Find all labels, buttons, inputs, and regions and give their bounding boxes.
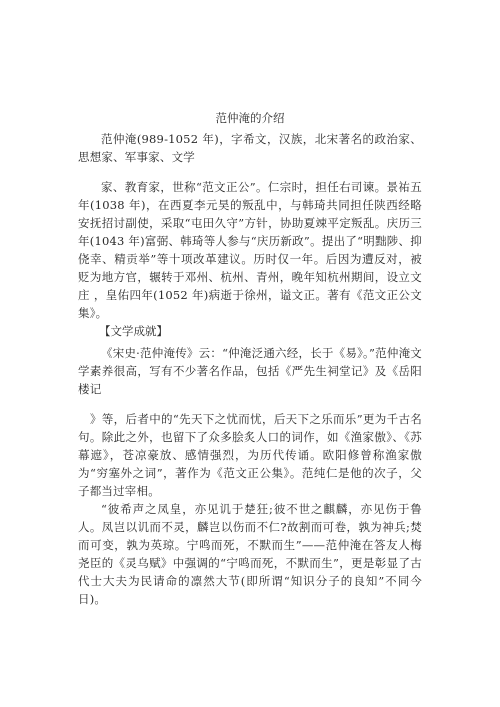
literary-paragraph-2: 》等，后者中的“先天下之忧而忧，后天下之乐而乐”更为千古名句。除此之外，也留下了… — [78, 410, 422, 500]
paragraph-gap — [78, 398, 422, 410]
intro-paragraph-1: 范仲淹(989-1052 年)，字希文，汉族，北宋著名的政治家、思想家、军事家、… — [78, 130, 422, 166]
document-page: 范仲淹的介绍 范仲淹(989-1052 年)，字希文，汉族，北宋著名的政治家、思… — [0, 0, 500, 707]
document-title: 范仲淹的介绍 — [78, 109, 422, 127]
intro-paragraph-2: 家、教育家，世称“范文正公”。仁宗时，担任右司谏。景祐五年(1038 年)，在西… — [78, 178, 422, 322]
document-body: 范仲淹的介绍 范仲淹(989-1052 年)，字希文，汉族，北宋著名的政治家、思… — [78, 109, 422, 608]
literary-paragraph-3: “彼希声之凤皇，亦见讥于楚狂;彼不世之麒麟，亦见伤于鲁人。凤岂以讥而不灵，麟岂以… — [78, 500, 422, 608]
section-heading-literary: 【文学成就】 — [78, 322, 422, 340]
paragraph-gap — [78, 166, 422, 178]
literary-paragraph-1: 《宋史·范仲淹传》云：“仲淹泛通六经，长于《易》。”范仲淹文学素养很高，写有不少… — [78, 344, 422, 398]
